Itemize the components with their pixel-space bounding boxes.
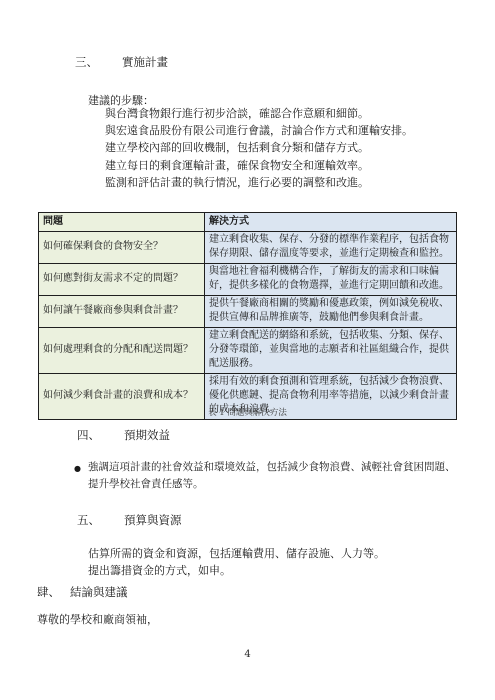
- table-row: 如何讓午餐廠商參與剩食計畫？ 提供午餐廠商相關的獎勵和優惠政策，例如減免稅收、提…: [39, 296, 457, 328]
- budget-lines: 估算所需的資金和資源，包括運輸費用、儲存設施、人力等。 提出籌措資金的方式，如申…: [88, 545, 385, 579]
- document-page: 三、實施計畫 建議的步驟： 與台灣食物銀行進行初步洽談，確認合作意願和細節。 與…: [0, 0, 495, 700]
- solution-cell: 建立剩食配送的網絡和系統，包括收集、分類、保存、分發等環節，並與當地的志願者和社…: [205, 328, 457, 374]
- section-number: 肆、: [37, 584, 70, 600]
- step-line: 與宏遠食品股份有限公司進行會議，討論合作方式和運輸安排。: [105, 122, 413, 139]
- table-row: 如何處理剩食的分配和配送問題？ 建立剩食配送的網絡和系統，包括收集、分類、保存、…: [39, 328, 457, 374]
- table-row: 如何確保剩食的食物安全？ 建立剩食收集、保存、分發的標準作業程序，包括食物保存期…: [39, 232, 457, 264]
- section-number: 五、: [77, 512, 124, 528]
- question-cell: 如何確保剩食的食物安全？: [39, 232, 205, 264]
- problems-solutions-table: 問題 解決方式 如何確保剩食的食物安全？ 建立剩食收集、保存、分發的標準作業程序…: [38, 212, 457, 420]
- question-cell: 如何讓午餐廠商參與剩食計畫？: [39, 296, 205, 328]
- section-number: 四、: [77, 427, 124, 443]
- question-cell: 如何處理剩食的分配和配送問題？: [39, 328, 205, 374]
- section-number: 三、: [75, 54, 122, 70]
- step-line: 監測和評估計畫的執行情況，進行必要的調整和改進。: [105, 174, 413, 191]
- header-cell-question: 問題: [39, 213, 205, 232]
- table-row: 如何應對街友需求不定的問題？ 與當地社會福利機構合作，了解街友的需求和口味偏好，…: [39, 264, 457, 296]
- step-line: 建立每日的剩食運輸計畫，確保食物安全和運輸效率。: [105, 157, 413, 174]
- solution-cell: 與當地社會福利機構合作，了解街友的需求和口味偏好，提供多樣化的食物選擇，並進行定…: [205, 264, 457, 296]
- section-title: 預算與資源: [124, 513, 182, 527]
- benefit-bullet-item: ●強調這項計畫的社會效益和環境效益，包括減少食物浪費、減輕社會貧困問題、提升學校…: [88, 459, 460, 493]
- budget-line: 提出籌措資金的方式，如申。: [88, 562, 385, 579]
- section-title: 預期效益: [124, 428, 170, 442]
- steps-list: 與台灣食物銀行進行初步洽談，確認合作意願和細節。 與宏遠食品股份有限公司進行會議…: [105, 105, 413, 191]
- section-heading-implementation: 三、實施計畫: [75, 54, 168, 70]
- budget-line: 估算所需的資金和資源，包括運輸費用、儲存設施、人力等。: [88, 545, 385, 562]
- header-cell-solution: 解決方式: [205, 213, 457, 232]
- step-line: 與台灣食物銀行進行初步洽談，確認合作意願和細節。: [105, 105, 413, 122]
- salutation-text: 尊敬的學校和廠商領袖，: [37, 611, 158, 628]
- section-heading-conclusion: 肆、結論與建議: [37, 584, 128, 600]
- section-title: 實施計畫: [122, 55, 168, 69]
- section-title: 結論與建議: [70, 585, 128, 599]
- page-number: 4: [0, 649, 495, 660]
- section-heading-budget: 五、預算與資源: [77, 512, 182, 528]
- table-caption: 表 1 問題與解決方法: [0, 406, 495, 418]
- section-heading-expected-benefits: 四、預期效益: [77, 427, 170, 443]
- solution-cell: 提供午餐廠商相關的獎勵和優惠政策，例如減免稅收、提供宣傳和品牌推廣等，鼓勵他們參…: [205, 296, 457, 328]
- bullet-icon: ●: [74, 460, 81, 477]
- solution-cell: 建立剩食收集、保存、分發的標準作業程序，包括食物保存期限、儲存溫度等要求，並進行…: [205, 232, 457, 264]
- benefit-bullet-text: 強調這項計畫的社會效益和環境效益，包括減少食物浪費、減輕社會貧困問題、提升學校社…: [88, 461, 456, 490]
- question-cell: 如何應對街友需求不定的問題？: [39, 264, 205, 296]
- table-header-row: 問題 解決方式: [39, 213, 457, 232]
- step-line: 建立學校內部的回收機制，包括剩食分類和儲存方式。: [105, 139, 413, 156]
